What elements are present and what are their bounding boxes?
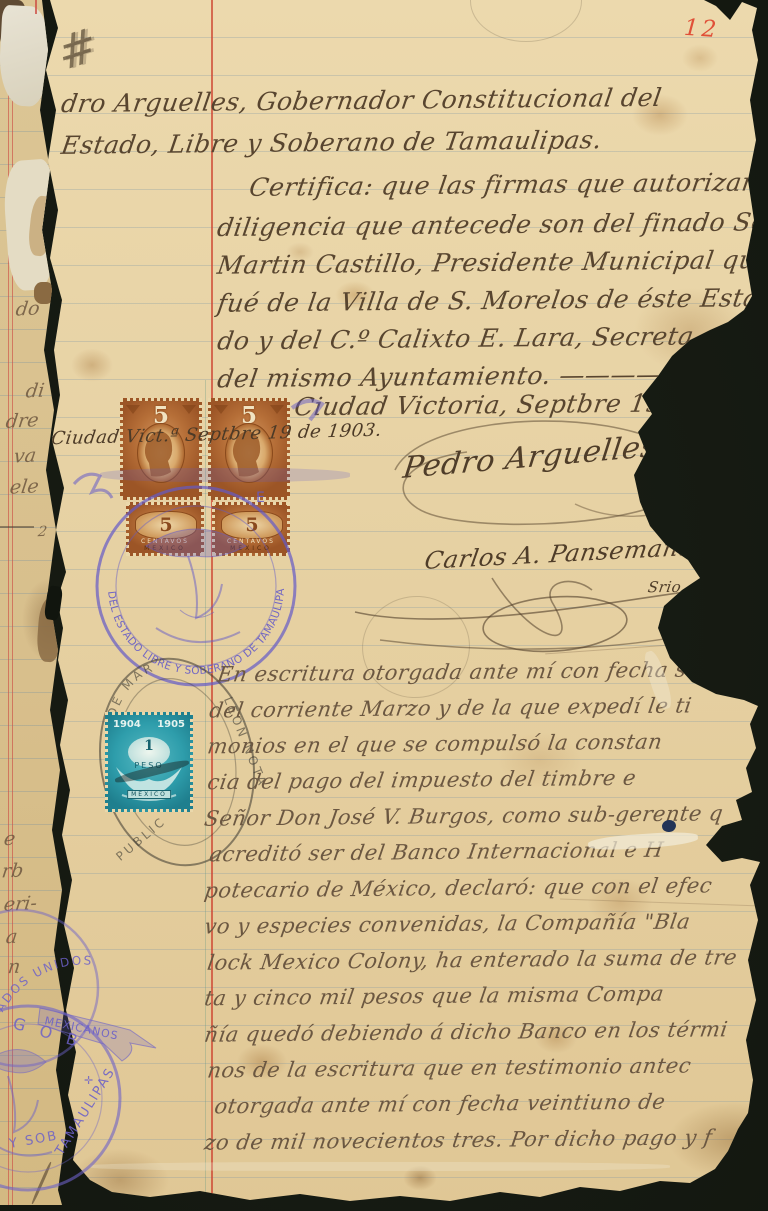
certificate-line: dro Arguelles, Gobernador Constitucional… [59,83,663,118]
stamp-value: 1 [144,738,154,754]
stamp-country: MEXICO [127,790,171,799]
body-line: Señor Don José V. Burgos, como sub-geren… [203,801,725,830]
body-line: monios en el que se compulsó la constan [206,730,664,759]
stamp-cancellation-note: Ciudad Vict.ª Septbre 19 de 1903. [50,420,383,450]
revenue-stamp-1peso: 1904 1905 1 PESO MEXICO [105,712,193,812]
federal-seal-cluster: ADOS UNIDOS G O B MEXICANOS TAMAULIPAS Y… [0,948,210,1211]
text-fragment: a [5,926,19,949]
eagle-emblem-icon [146,529,246,642]
body-line: zo de mil novecientos tres. Por dicho pa… [203,1125,714,1154]
svg-text:ADOS UNIDOS: ADOS UNIDOS [0,953,94,1014]
svg-text:DEL ESTADO LIBRE Y SOBERANO DE: DEL ESTADO LIBRE Y SOBERANO DE TAMAULIPA… [56,451,287,677]
ink-blot [661,819,677,833]
text-fragment: 2 [37,524,48,540]
body-line: otorgada ante mí con fecha veintiuno de [213,1090,667,1119]
text-fragment: do [15,297,42,320]
state-seal-text: DEL ESTADO LIBRE Y SOBERANO DE TAMAULIPA… [56,451,287,677]
torn-paper-patch [0,5,51,107]
ink-flourish [74,474,112,498]
red-rule-fragment [35,0,37,14]
stamp-ornament [270,405,284,414]
seal-cross: ✛ [84,1074,93,1087]
certificate-line: Certifica: que las firmas que autorizan … [247,167,768,202]
federal-seal-arc-text: ADOS UNIDOS [0,953,94,1014]
embossed-circle-mark [470,0,582,42]
body-line: ta y cinco mil pesos que la misma Compa [203,982,666,1011]
text-fragment: rb [1,859,25,882]
text-fragment: ele [9,475,41,498]
text-fragment: di [25,380,46,403]
body-line: del corriente Marzo y de la que expedí l… [208,693,694,722]
hash-pencil-mark: # [54,16,100,82]
stamp-ornament [182,405,196,414]
stamp-year-left: 1904 [113,719,141,730]
pencil-dash [0,526,34,528]
stamp-year-right: 1905 [157,719,185,730]
body-line: potecario de México, declaró: que con el… [203,873,714,902]
signature-flourish [340,560,760,670]
stamp-ornament [214,405,228,414]
text-fragment: e [3,828,17,851]
body-line: ñía quedó debiendo á dicho Banco en los … [203,1017,730,1046]
certificate-line: Martin Castillo, Presidente Municipal qu [215,245,757,280]
state-seal-letter: E [256,490,265,506]
body-line: nos de la escritura que en testimonio an… [206,1053,693,1082]
document-scan: do di dre va ele 2 e rb eri- a n # 12 dr… [0,0,768,1211]
certificate-line: Estado, Libre y Soberano de Tamaulipas. [59,125,604,160]
body-line: cia del pago del impuesto del timbre e [206,766,638,794]
certificate-line: do y del C.º Calixto E. Lara, Secreta [215,322,695,356]
body-line: lock Mexico Colony, ha enterado la suma … [206,945,739,975]
text-fragment: va [13,444,38,467]
certificate-line: fué de la Villa de S. Morelos de éste Es… [215,283,761,318]
signature-secretary-title: Srio. [647,578,688,596]
text-fragment: dre [5,409,40,433]
certificate-line: diligencia que antecede son del finado S… [215,207,768,242]
body-line: vo y especies convenidas, la Compañía "B… [203,909,692,938]
paper-crease [560,899,760,907]
page-number: 12 [683,15,720,43]
stamp-ornament [126,405,140,414]
